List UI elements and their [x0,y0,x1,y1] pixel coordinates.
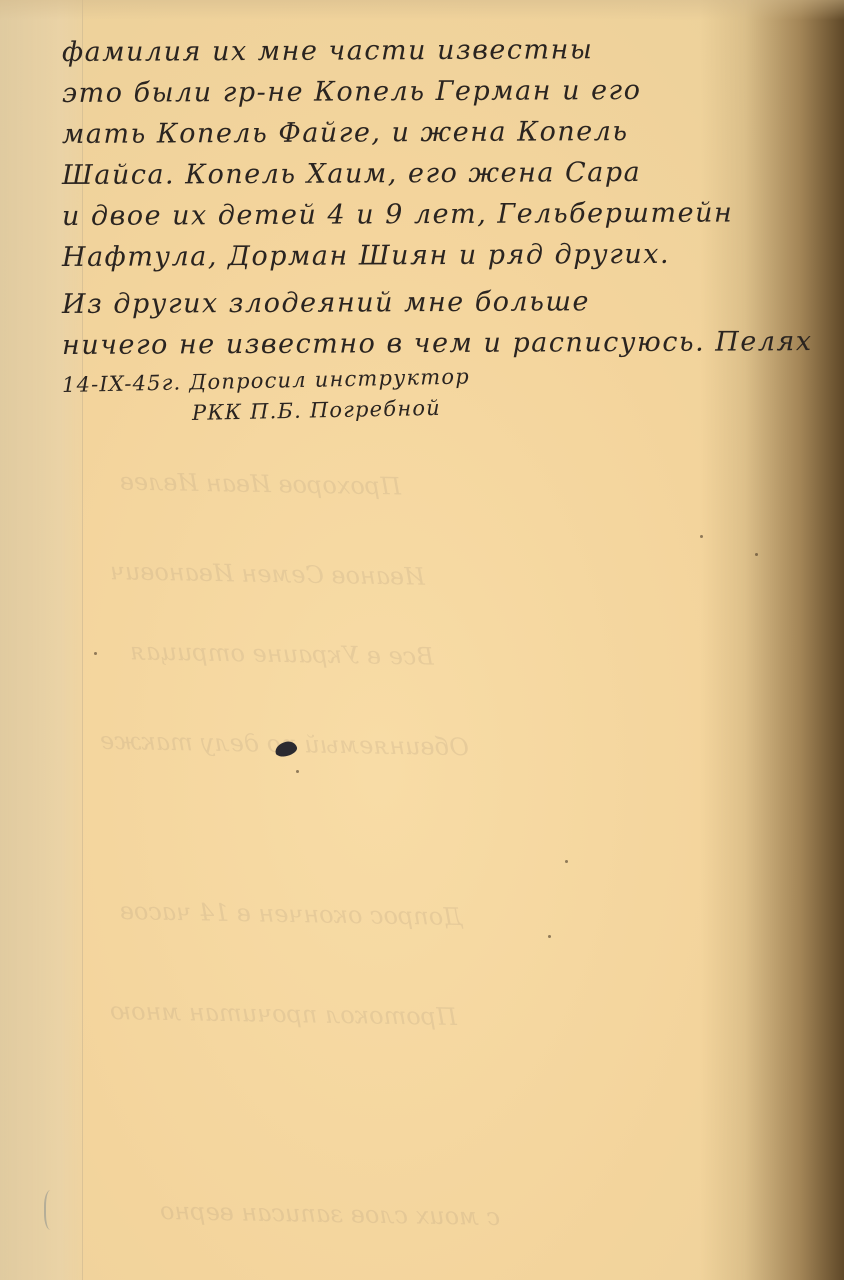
text-line-with-signature: ничего не известно в чем и расписуюсь. П… [62,321,822,366]
bleed-through-text: Прохоров Иван Ивлев [120,468,402,501]
text-line: это были гр-не Копель Герман и его [62,69,822,114]
bleed-through-text: Иванов Семен Иванович [110,557,425,590]
interrogator-annotation: 14-IX-45г. Допросил инструктор РКК П.Б. … [62,373,470,425]
bleed-through-text: Все в Украине отрицая [130,637,434,670]
text-line: Из других злодеяний мне больше [62,280,822,325]
text-line: Шайса. Копель Хаим, его жена Сара [62,151,822,196]
paper-speck [94,652,97,655]
annotation-date-line: 14-IX-45г. Допросил инструктор [62,364,470,397]
bleed-through-text: Протокол прочитан мною [110,997,458,1031]
page-top-edge [0,0,844,20]
handwritten-body: фамилия их мне части известны это были г… [62,32,822,366]
bleed-through-text: Допрос окончен в 14 часов [120,897,463,931]
paper-speck [548,935,551,938]
pencil-mark [44,1190,60,1230]
text-line: Нафтула, Дорман Шиян и ряд других. [62,233,822,278]
text-line: мать Копель Файге, и жена Копель [62,110,822,155]
annotation-signature-line: РКК П.Б. Погребной [192,395,470,425]
bleed-through-text: с моих слов записан верно [160,1197,501,1231]
scanned-page: Прохоров Иван Ивлев Иванов Семен Иванови… [0,0,844,1280]
text-line: и двое их детей 4 и 9 лет, Гельберштейн [62,192,822,237]
paper-speck [755,553,758,556]
paper-speck [565,860,568,863]
paper-speck [296,770,299,773]
paper-speck [700,535,703,538]
text-line: фамилия их мне части известны [62,28,822,73]
